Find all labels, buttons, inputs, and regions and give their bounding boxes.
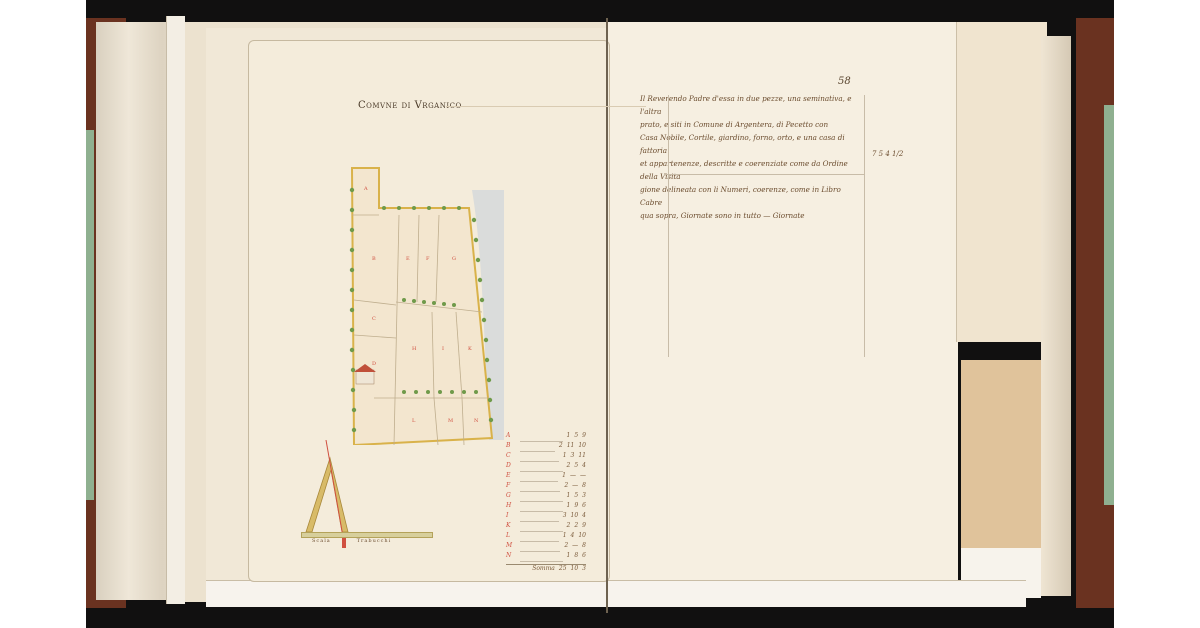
cover-green-edge-right [1104, 105, 1114, 505]
svg-text:G: G [452, 256, 456, 262]
scale-label-text: Scala [312, 538, 331, 544]
book-gutter [606, 18, 608, 613]
table-row: B21110 [506, 442, 586, 452]
ruled-margin-right [864, 95, 865, 357]
table-row: I3104 [506, 512, 586, 522]
table-row: F2—8 [506, 482, 586, 492]
table-row: D254 [506, 462, 586, 472]
svg-text:D: D [372, 361, 376, 367]
ruled-margin-left [668, 95, 669, 357]
inserted-sheet-right [956, 22, 1047, 342]
entry-line: et appartenenze, descritte e coerenziate… [640, 157, 865, 183]
table-row: H196 [506, 502, 586, 512]
entry-underline [664, 174, 864, 175]
heading-rule [446, 106, 646, 107]
table-row: K229 [506, 522, 586, 532]
entry-line: qua sopra, Giornate sono in tutto — Gior… [640, 209, 865, 222]
svg-text:K: K [468, 346, 472, 352]
scale-units: Trabucchi [357, 538, 392, 544]
svg-text:N: N [474, 418, 479, 424]
handwritten-entry: Il Reverendo Padre d'essa in due pezze, … [640, 92, 865, 222]
estate-boundary [352, 168, 492, 445]
entry-line: prato, e siti in Comune di Argentera, di… [640, 118, 865, 131]
manuscript-photo: Comvne di Vrganico [86, 0, 1114, 628]
entry-line: Il Reverendo Padre d'essa in due pezze, … [640, 92, 865, 118]
page-bottom-edge [206, 580, 1026, 607]
svg-text:M: M [448, 418, 453, 424]
svg-text:I: I [442, 346, 444, 352]
svg-text:E: E [406, 256, 410, 262]
estate-map: ABC DEF GHI KLMN [344, 160, 504, 445]
svg-text:A: A [363, 186, 368, 192]
svg-text:B: B [372, 256, 376, 262]
page-edge-left [166, 16, 185, 604]
table-total-row: Somma25103 [506, 564, 586, 575]
table-row: E1—— [506, 472, 586, 482]
entry-amount: 7 5 4 1/2 [872, 150, 903, 158]
entry-line: Casa Nobile, Cortile, giardino, forno, o… [640, 131, 865, 157]
table-row: C1311 [506, 452, 586, 462]
table-row: L1410 [506, 532, 586, 542]
svg-text:F: F [426, 256, 430, 262]
table-row: M2—8 [506, 542, 586, 552]
svg-text:H: H [412, 346, 417, 352]
table-row: A159 [506, 432, 586, 442]
svg-text:C: C [372, 316, 376, 322]
entry-line: gione delineata con li Numeri, coerenze,… [640, 183, 865, 209]
page-number: 58 [838, 76, 851, 87]
area-table: A159 B21110 C1311 D254 E1—— F2—8 G153 H1… [506, 432, 586, 575]
inserted-sheet-tan [961, 360, 1041, 550]
cover-green-edge-left [86, 130, 94, 500]
page-stack-right [1041, 36, 1071, 596]
scale-label: Scala Trabucchi [312, 538, 391, 544]
table-row: N186 [506, 552, 586, 562]
table-row: G153 [506, 492, 586, 502]
